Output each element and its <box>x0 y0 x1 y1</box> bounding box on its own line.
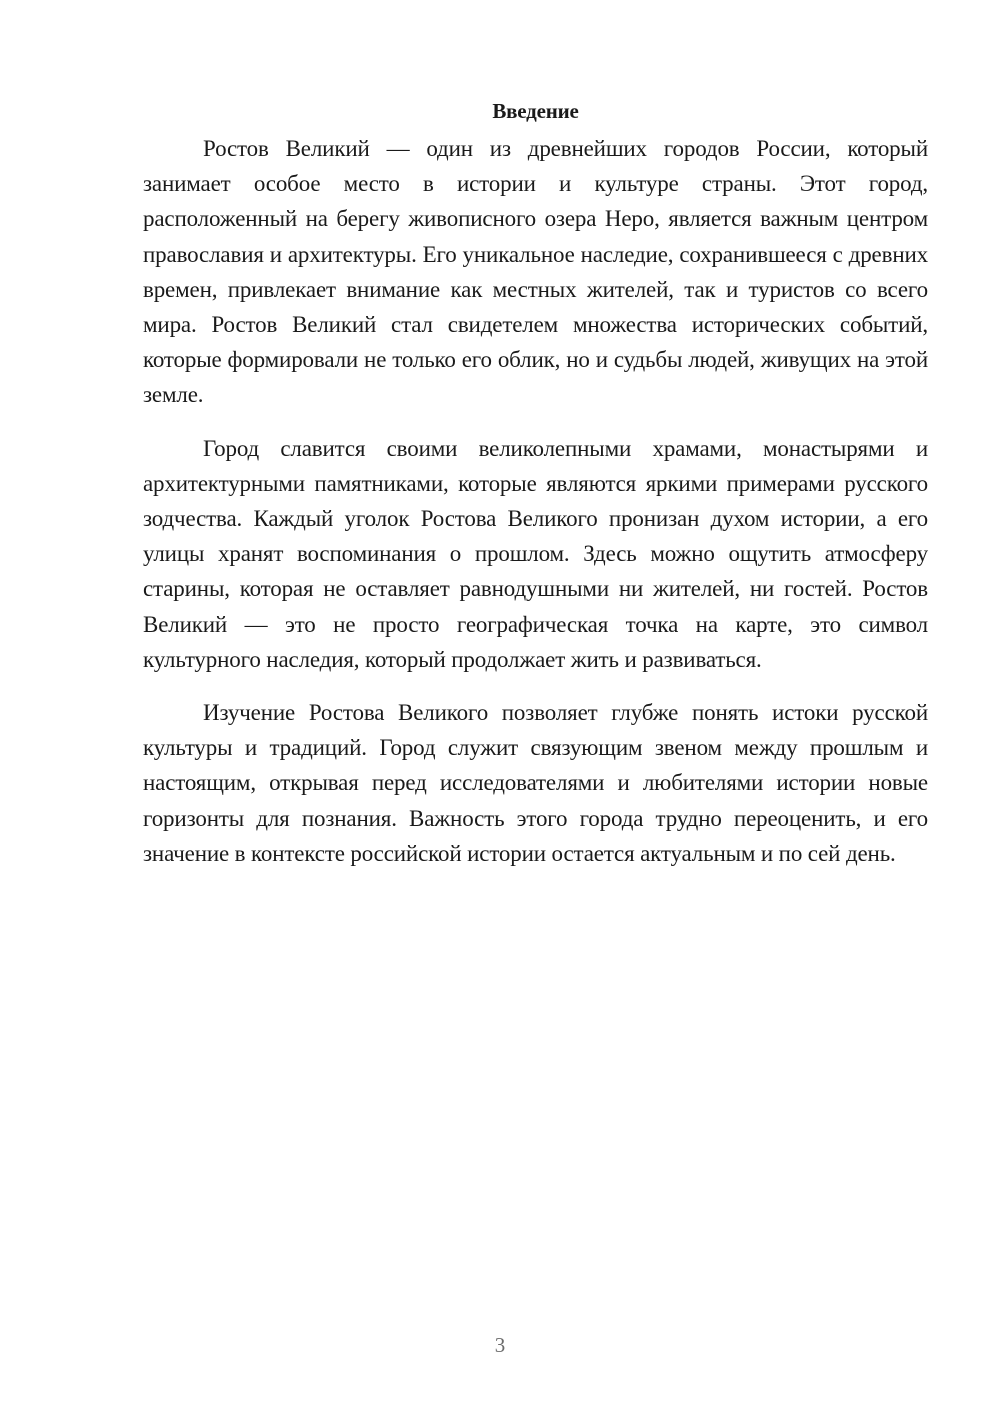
paragraph-3: Изучение Ростова Великого позволяет глуб… <box>143 695 928 871</box>
page-number: 3 <box>0 1333 1000 1358</box>
document-page: Введение Ростов Великий — один из древне… <box>143 96 928 889</box>
section-heading: Введение <box>143 96 928 126</box>
paragraph-1: Ростов Великий — один из древнейших горо… <box>143 131 928 413</box>
paragraph-2: Город славится своими великолепными храм… <box>143 431 928 677</box>
